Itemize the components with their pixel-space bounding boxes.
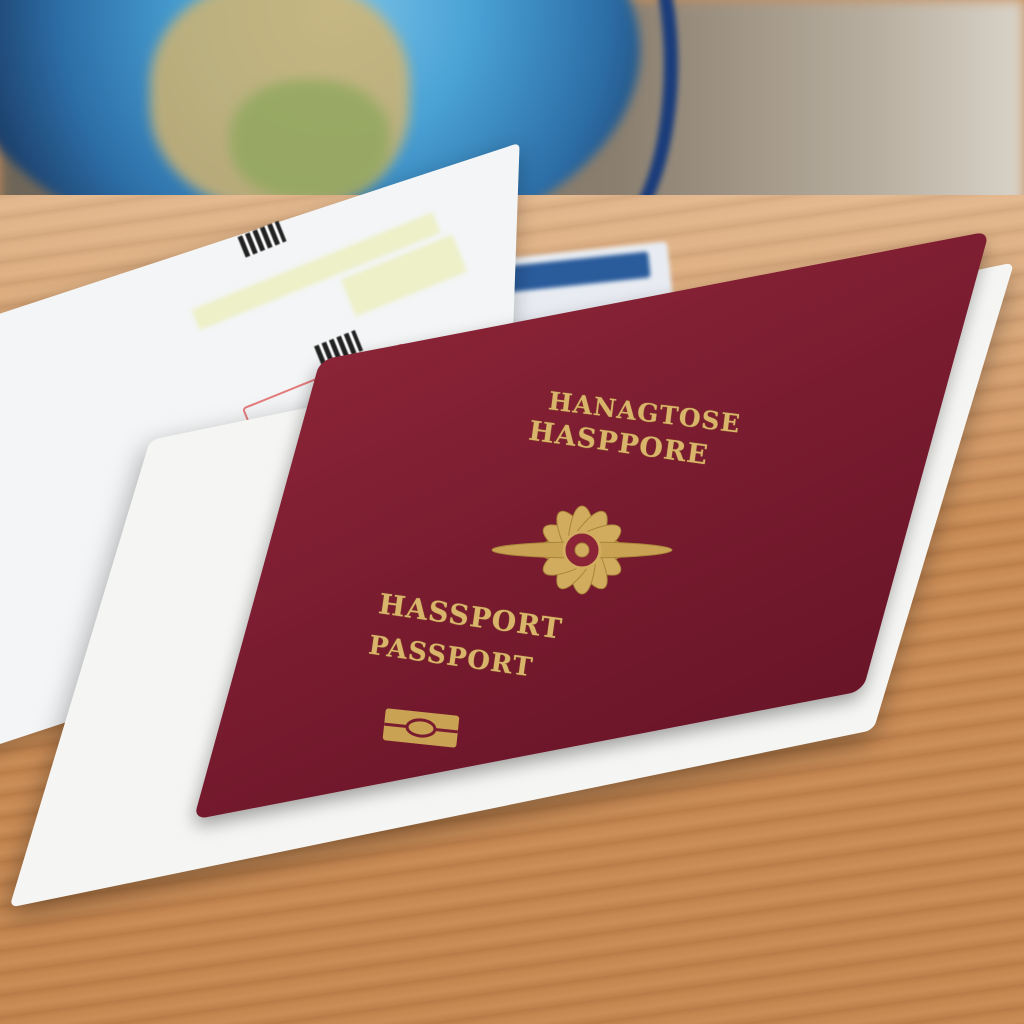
- photo-scene: ▪ ▪ ▪ ▪ ▪ ᶤ0ᵑ ᴅ ᴇᴅᴊ ɪʀ ᴧ ᴛᴅ ᴇᴅᴠᴅᴊᴘɪ ᴀ HA…: [0, 0, 1024, 1024]
- barcode-icon: [238, 221, 287, 258]
- floral-emblem-icon: [484, 494, 680, 606]
- biometric-chip-icon: [380, 708, 462, 748]
